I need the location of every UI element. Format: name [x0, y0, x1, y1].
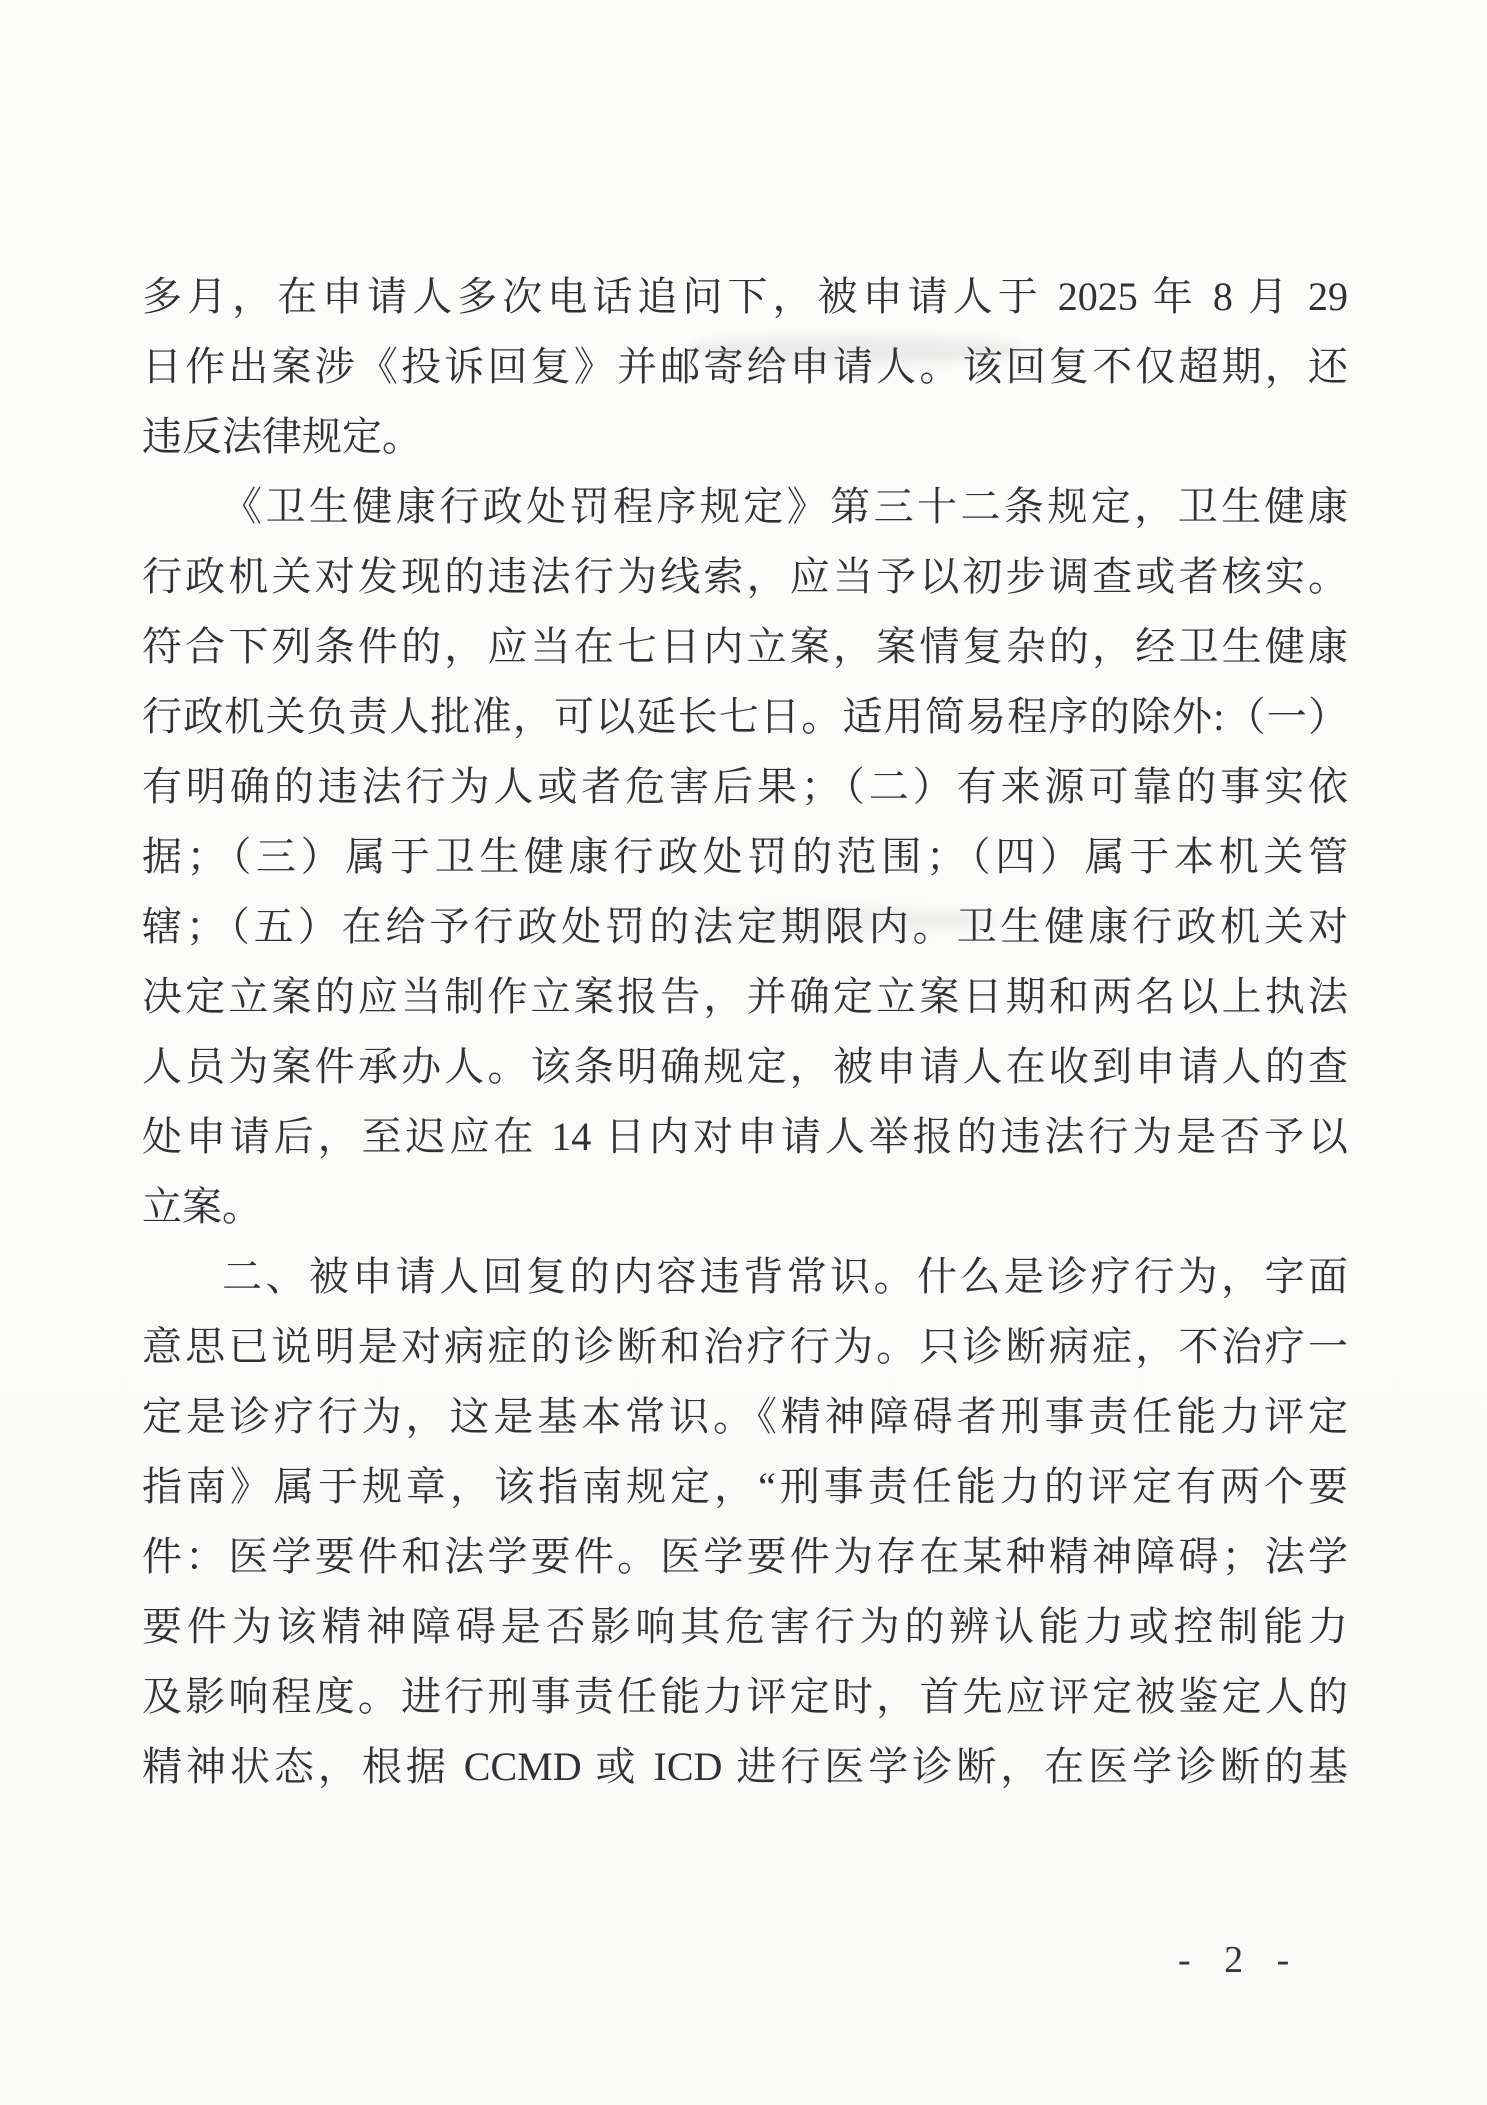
- text-line: 据；（三）属于卫生健康行政处罚的范围；（四）属于本机关管: [142, 822, 1348, 892]
- text-line: 指南》属于规章，该指南规定，“刑事责任能力的评定有两个要: [142, 1452, 1348, 1522]
- page-number: - 2 -: [1178, 1938, 1301, 1982]
- text-line: 二、被申请人回复的内容违背常识。什么是诊疗行为，字面: [142, 1242, 1348, 1312]
- text-line: 要件为该精神障碍是否影响其危害行为的辨认能力或控制能力: [142, 1592, 1348, 1662]
- text-line: 符合下列条件的，应当在七日内立案，案情复杂的，经卫生健康: [142, 612, 1348, 682]
- text-line: 处申请后，至迟应在 14 日内对申请人举报的违法行为是否予以: [142, 1102, 1348, 1172]
- text-line: 件：医学要件和法学要件。医学要件为存在某种精神障碍；法学: [142, 1522, 1348, 1592]
- text-line: 立案。: [142, 1172, 1348, 1242]
- text-line: 行政机关负责人批准，可以延长七日。适用简易程序的除外:（一）: [142, 682, 1348, 752]
- scanned-document-page: 多月，在申请人多次电话追问下，被申请人于 2025 年 8 月 29日作出案涉《…: [0, 0, 1487, 2105]
- text-line: 人员为案件承办人。该条明确规定，被申请人在收到申请人的查: [142, 1032, 1348, 1102]
- text-line: 《卫生健康行政处罚程序规定》第三十二条规定，卫生健康: [142, 472, 1348, 542]
- text-line: 及影响程度。进行刑事责任能力评定时，首先应评定被鉴定人的: [142, 1662, 1348, 1732]
- text-line: 违反法律规定。: [142, 402, 1348, 472]
- text-line: 定是诊疗行为，这是基本常识。《精神障碍者刑事责任能力评定: [142, 1382, 1348, 1452]
- text-line: 意思已说明是对病症的诊断和治疗行为。只诊断病症，不治疗一: [142, 1312, 1348, 1382]
- text-line: 日作出案涉《投诉回复》并邮寄给申请人。该回复不仅超期，还: [142, 332, 1348, 402]
- document-body: 多月，在申请人多次电话追问下，被申请人于 2025 年 8 月 29日作出案涉《…: [142, 262, 1348, 1802]
- text-line: 决定立案的应当制作立案报告，并确定立案日期和两名以上执法: [142, 962, 1348, 1032]
- text-line: 多月，在申请人多次电话追问下，被申请人于 2025 年 8 月 29: [142, 262, 1348, 332]
- text-line: 精神状态，根据 CCMD 或 ICD 进行医学诊断，在医学诊断的基: [142, 1732, 1348, 1802]
- text-line: 辖；（五）在给予行政处罚的法定期限内。卫生健康行政机关对: [142, 892, 1348, 962]
- text-line: 有明确的违法行为人或者危害后果；（二）有来源可靠的事实依: [142, 752, 1348, 822]
- text-line: 行政机关对发现的违法行为线索，应当予以初步调查或者核实。: [142, 542, 1348, 612]
